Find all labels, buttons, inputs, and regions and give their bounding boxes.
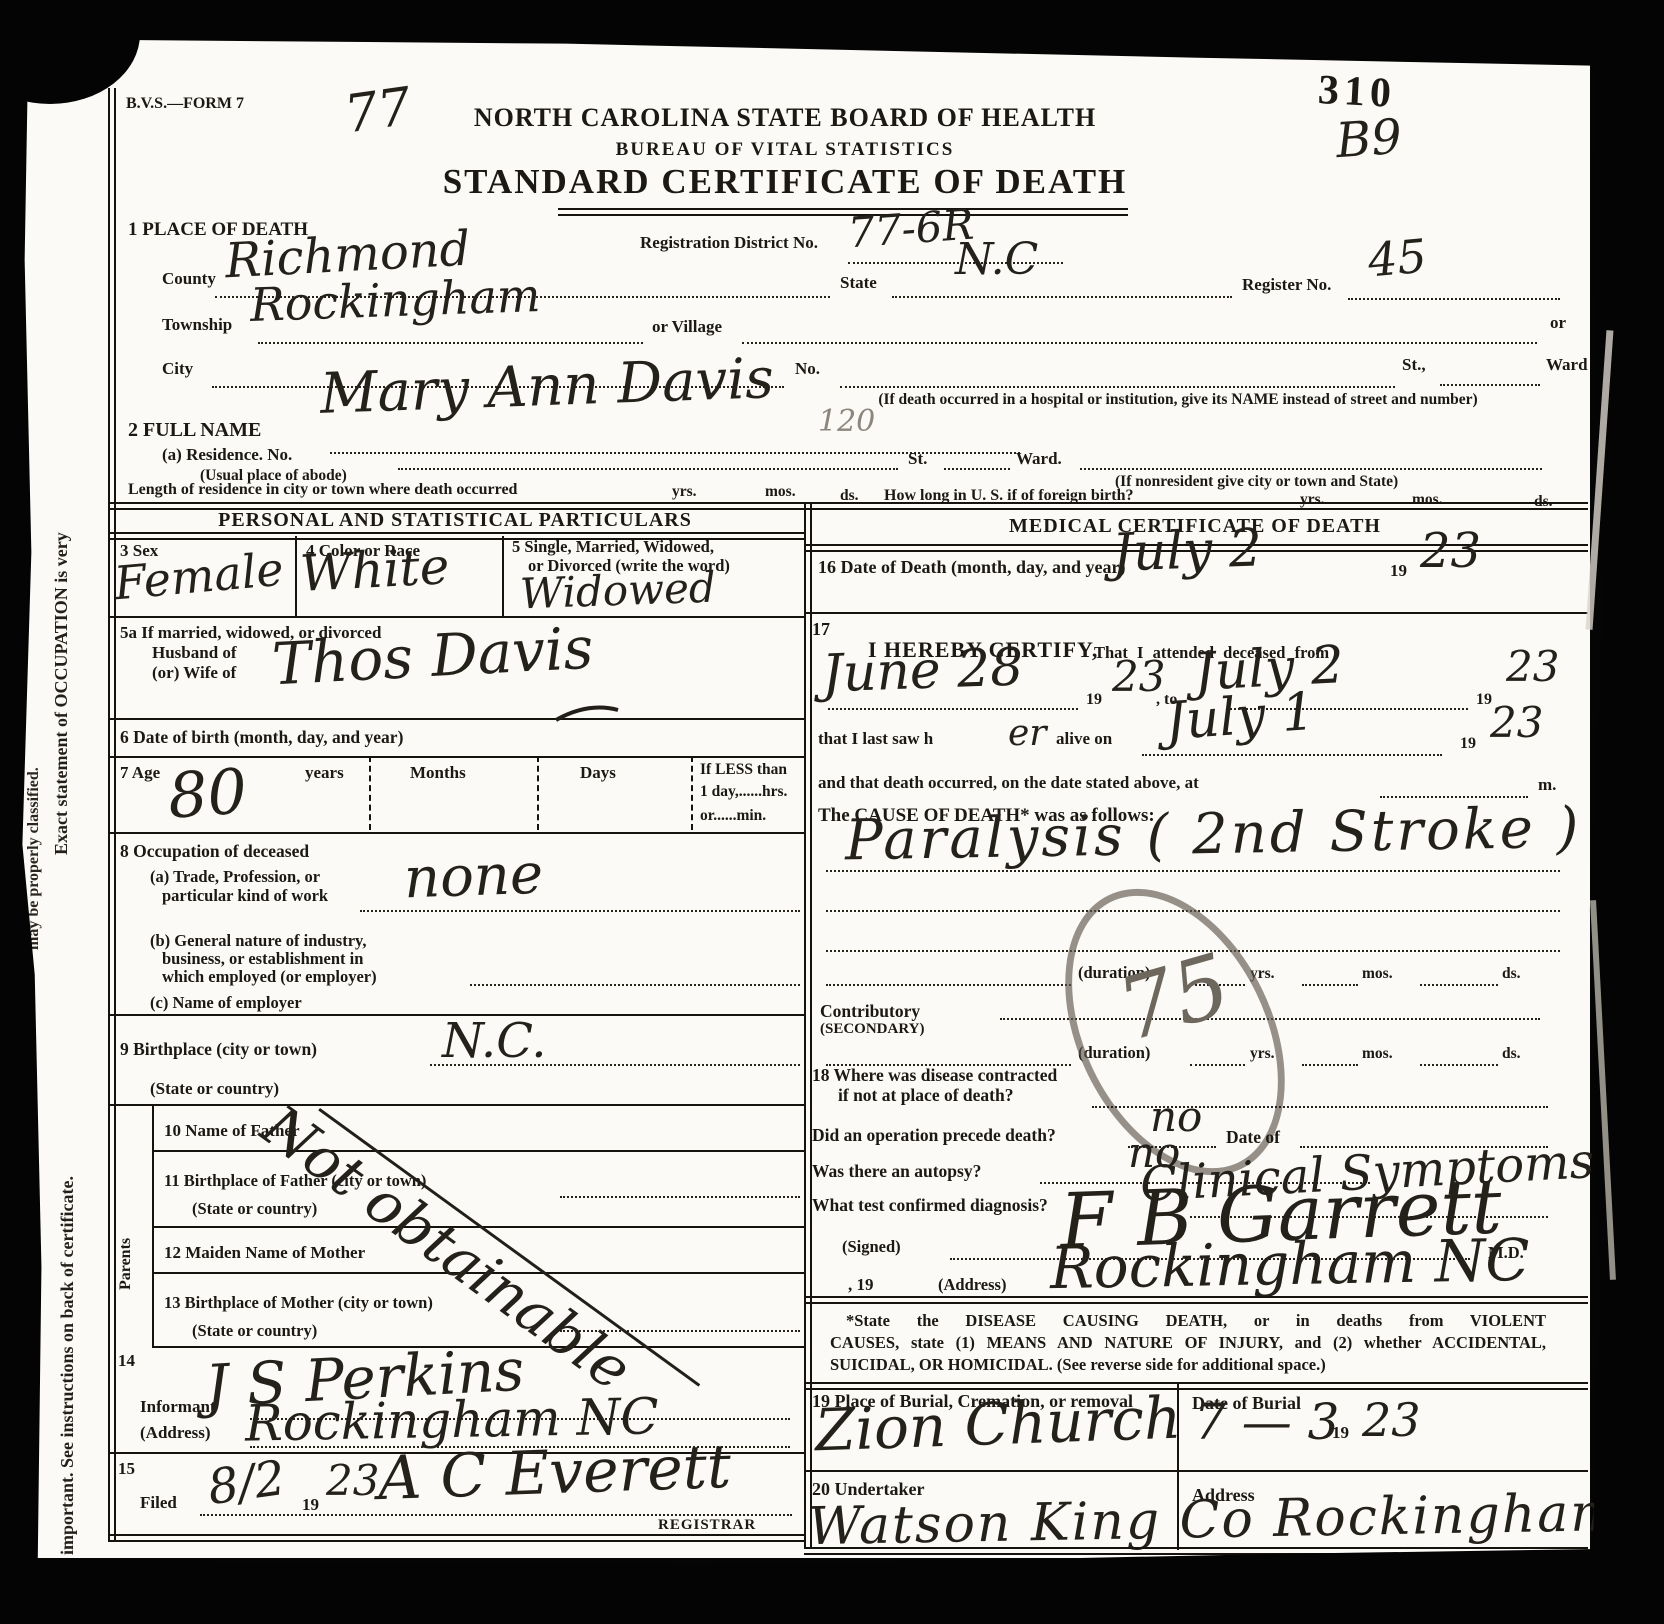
birthplace-value: N.C. [442,1020,546,1063]
filed-line [200,1514,792,1516]
duration1-lead-line [826,984,1071,986]
footnote-line-2: CAUSES, state (1) MEANS AND NATURE OF IN… [830,1334,1546,1351]
length-yrs: yrs. [672,484,697,500]
occupation-label: 8 Occupation of deceased [120,842,309,860]
parents-strip-divider [152,1104,154,1346]
occupation-b-line [470,984,800,986]
duration1-ds: ds. [1502,966,1521,982]
fullname-label: 2 FULL NAME [128,420,261,441]
undertaker-value: Watson King Co Rockingham N.C [808,1488,1664,1551]
state-value: N.C [955,240,1038,280]
birthplace-label: 9 Birthplace (city or town) [120,1040,317,1058]
from-19-printed: 19 [1086,692,1102,709]
footnote-bottom-rule [804,1382,1588,1390]
st-line [1440,384,1540,386]
form-left-border [108,88,116,1540]
township-label: Township [162,316,232,334]
row10-rule [152,1150,804,1152]
footnote-line-1: *State the DISEASE CAUSING DEATH, or in … [846,1312,1546,1329]
informant-address-label: (Address) [140,1424,211,1442]
date-of-death-value: July 2 [1111,525,1263,577]
row16-rule [804,612,1588,614]
birthplace-sub: (State or country) [150,1080,279,1098]
margin-important-note: important. See instructions on back of c… [58,855,77,1555]
length-mos: mos. [765,484,796,500]
contributory-label: Contributory [820,1002,920,1020]
age-less-3: or......min. [700,808,766,824]
lastsaw-her-hand: er [1008,718,1047,750]
occupation-b-3: which employed (or employer) [162,968,377,985]
death-occurred-label: and that death occurred, on the date sta… [818,774,1199,792]
filed-label: Filed [140,1494,177,1512]
lastsaw-line [1142,754,1442,756]
cause-line-1 [826,870,1560,872]
address-19-printed: , 19 [848,1276,874,1294]
residence-st-line [944,468,1010,470]
registrar-label: REGISTRAR [658,1518,756,1534]
s5a-husband-label: Husband of [152,644,237,662]
operation-label: Did an operation precede death? [812,1126,1056,1144]
disease-contracted-label-1: 18 Where was disease contracted [812,1066,1057,1084]
residence-line [398,468,898,470]
lastsaw-year-value: 23 [1490,704,1543,742]
age-divider-1 [369,756,371,830]
occupation-b-1: (b) General nature of industry, [150,932,367,949]
register-no-value: 45 [1366,236,1428,282]
parents-vertical-label: Parents [118,1160,135,1290]
certificate-title: STANDARD CERTIFICATE OF DEATH [420,164,1150,201]
reg-district-label: Registration District No. [640,234,818,252]
burial-place-value: Zion Church [814,1392,1182,1457]
or-right-label: or [1550,314,1566,332]
row5a-rule [108,718,804,720]
fullname-pencil-number: 120 [818,408,875,435]
duration1-line-c [1420,984,1498,986]
alive-on-label: alive on [1056,730,1112,748]
age-label: 7 Age [120,764,160,782]
residence-st-label: St. [908,450,927,468]
bureau-subtitle: BUREAU OF VITAL STATISTICS [435,140,1135,160]
mother-birthplace-sub: (State or country) [192,1322,317,1339]
filed-date-value: 8/2 [205,1457,288,1511]
section17-number: 17 [812,620,830,639]
row7-rule [108,832,804,834]
physician-address-value: Rockingham NC [1050,1234,1531,1295]
city-label: City [162,360,193,378]
residence-label: (a) Residence. No. [162,446,292,464]
village-label: or Village [652,318,722,336]
handwritten-page-number: 77 [342,84,414,140]
mother-birthplace-label: 13 Birthplace of Mother (city or town) [164,1294,433,1311]
signed-label: (Signed) [842,1238,901,1255]
form-number: B.V.S.—FORM 7 [126,96,244,113]
street-no-line [840,386,1395,388]
marital-label-1: 5 Single, Married, Widowed, [512,538,714,555]
state-line [892,296,1232,298]
secondary-label: (SECONDARY) [820,1022,924,1038]
occupation-a-1: (a) Trade, Profession, or [150,868,320,885]
sex-race-divider [295,536,297,616]
age-less-1: If LESS than [700,762,787,778]
age-value: 80 [166,763,249,824]
title-underline [558,208,1128,216]
dob-mark [552,700,622,726]
operation-dateof-label: Date of [1226,1128,1280,1146]
filed-19-printed: 19 [302,1496,319,1514]
age-divider-3 [691,756,693,830]
row19-rule [804,1470,1588,1472]
duration1-line-b [1302,984,1358,986]
fullname-value: Mary Ann Davis [319,354,774,420]
mother-name-label: 12 Maiden Name of Mother [164,1244,365,1262]
scan-edge-bottom [0,1548,1664,1624]
scanned-death-certificate: may be properly classified. Exact statem… [0,0,1664,1624]
sex-value: Female [113,549,286,605]
dod-year-value: 23 [1420,530,1481,573]
filed-year-value: 23 [326,1462,379,1500]
township-line [258,342,643,344]
age-days-label: Days [580,764,616,782]
m-label: m. [1538,776,1556,794]
state-label: State [840,274,877,292]
dob-label: 6 Date of birth (month, day, and year) [120,728,403,746]
occupation-b-2: business, or establishment in [162,950,363,967]
pencil-stamp-value: 75 [1111,946,1238,1051]
registrar-signature: A C Everett [377,1440,732,1506]
burial-year-value: 23 [1362,1400,1421,1441]
footnote-line-3: SUICIDAL, OR HOMICIDAL. (See reverse sid… [830,1356,1470,1373]
race-marital-divider [502,536,504,616]
occupation-a-2: particular kind of work [162,887,328,904]
handwritten-batch-code: B9 [1335,116,1404,164]
scan-edge-right [1586,0,1664,1624]
duration2-line-b [1302,1064,1358,1066]
st-label: St., [1402,356,1426,374]
burial-19-printed: 19 [1332,1424,1349,1442]
residence-ward-line [1080,468,1542,470]
section14-number: 14 [118,1352,135,1370]
lastsaw-label: that I last saw h [818,730,933,748]
duration2-line-c [1420,1064,1498,1066]
spouse-value: Thos Davis [271,622,595,691]
margin-occupation-note: Exact statement of OCCUPATION is very [52,125,71,855]
race-value: White [299,544,450,597]
age-divider-2 [537,756,539,830]
duration1-mos: mos. [1362,966,1393,982]
dod-19-printed: 19 [1390,562,1407,580]
county-label: County [162,270,216,288]
attended-from-value: June 28 [821,645,1024,699]
register-no-line [1348,298,1560,300]
margin-fragment-classified: may be properly classified. [26,650,43,950]
marital-value: Widowed [519,569,716,614]
street-no-label: No. [795,360,820,378]
age-years-label: years [305,764,344,782]
s5a-wife-label: (or) Wife of [152,664,236,682]
village-line [742,342,1537,344]
physician-address-label: (Address) [938,1276,1006,1293]
date-of-death-label: 16 Date of Death (month, day, and year) [818,558,1126,577]
age-months-label: Months [410,764,466,782]
disease-contracted-label-2: if not at place of death? [838,1086,1013,1104]
autopsy-label: Was there an autopsy? [812,1162,981,1180]
occupation-c-label: (c) Name of employer [150,994,302,1011]
length-residence-label: Length of residence in city or town wher… [128,482,517,499]
age-less-2: 1 day,......hrs. [700,784,787,800]
column-divider [804,502,812,1548]
medical-bottom-rule [804,1296,1588,1304]
lastsaw-19-printed: 19 [1460,736,1476,753]
lastsaw-value: July 1 [1164,689,1317,746]
row3-rule [108,616,804,618]
attended-from-line [828,708,1078,710]
ward-label: Ward [1546,356,1588,374]
hospital-note: (If death occurred in a hospital or inst… [796,392,1560,408]
father-birthplace-sub: (State or country) [192,1200,317,1217]
section15-number: 15 [118,1460,135,1478]
duration2-mos: mos. [1362,1046,1393,1062]
register-no-label: Register No. [1242,276,1331,294]
duration2-ds: ds. [1502,1046,1521,1062]
personal-header: PERSONAL AND STATISTICAL PARTICULARS [120,510,790,531]
row9-rule [108,1104,804,1106]
father-birthplace-line [560,1196,800,1198]
test-confirmed-label: What test confirmed diagnosis? [812,1196,1048,1214]
leftcol-bottom-rule [108,1534,804,1542]
cause-of-death-value: Paralysis ( 2nd Stroke ) [845,804,1582,867]
township-value: Rockingham [249,275,541,327]
burial-date-value: 7 — 3 [1194,1400,1339,1445]
board-title: NORTH CAROLINA STATE BOARD OF HEALTH [435,104,1135,131]
to-year-value: 23 [1506,648,1559,686]
nonresident-note: (If nonresident give city or town and St… [1115,474,1398,490]
informant-label: Informant [140,1398,216,1416]
occupation-a-value: none [403,850,544,905]
residence-ward-label: Ward. [1016,450,1062,468]
